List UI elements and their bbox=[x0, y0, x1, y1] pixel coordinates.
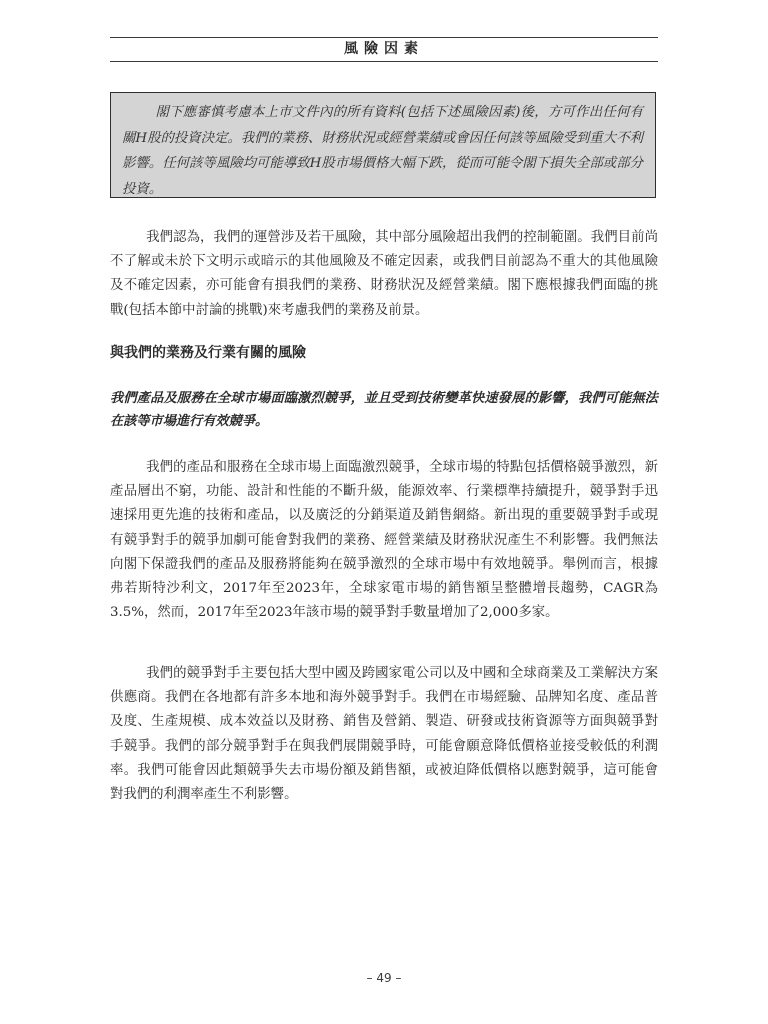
risk-paragraph-competition: 我們的產品和服務在全球市場上面臨激烈競爭，全球市場的特點包括價格競爭激烈，新產品… bbox=[110, 456, 658, 625]
header-rule-bottom bbox=[110, 61, 658, 62]
risk-paragraph-competitors: 我們的競爭對手主要包括大型中國及跨國家電公司以及中國和全球商業及工業解決方案供應… bbox=[110, 662, 658, 807]
section-heading: 與我們的業務及行業有關的風險 bbox=[110, 343, 306, 363]
header-rule-top bbox=[110, 37, 658, 38]
intro-paragraph: 我們認為，我們的運營涉及若干風險，其中部分風險超出我們的控制範圍。我們目前尚不了… bbox=[110, 226, 658, 323]
running-header-title: 風險因素 bbox=[110, 39, 658, 59]
investment-warning-box: 閣下應審慎考慮本上市文件內的所有資料(包括下述風險因素)後，方可作出任何有關H股… bbox=[110, 92, 656, 198]
page-number: – 49 – bbox=[110, 969, 658, 987]
risk-factor-title: 我們產品及服務在全球市場面臨激烈競爭，並且受到技術變革快速發展的影響，我們可能無… bbox=[110, 387, 658, 433]
warning-text: 閣下應審慎考慮本上市文件內的所有資料(包括下述風險因素)後，方可作出任何有關H股… bbox=[122, 105, 643, 197]
